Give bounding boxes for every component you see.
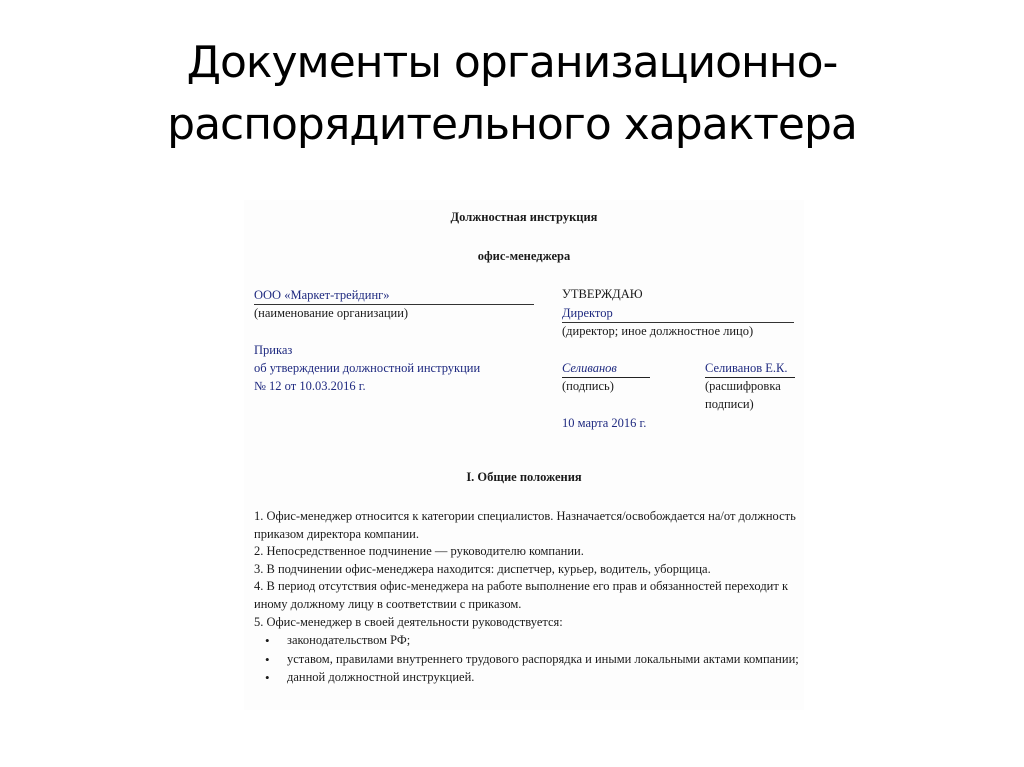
list-item: уставом, правилами внутреннего трудового… (254, 651, 799, 669)
list-item: данной должностной инструкцией. (254, 669, 799, 687)
slide-title: Документы организационно- распорядительн… (0, 32, 1024, 156)
signature-caption: (подпись) (562, 379, 614, 394)
section-title-text: I. Общие положения (466, 470, 581, 484)
signature: Селиванов (562, 360, 650, 378)
guidance-list: законодательством РФ; уставом, правилами… (254, 632, 799, 688)
organization-caption: (наименование организации) (254, 306, 408, 321)
list-item: законодательством РФ; (254, 632, 799, 650)
job-description-document: Должностная инструкция офис-менеджера ОО… (244, 200, 804, 710)
paragraph-2: 2. Непосредственное подчинение — руковод… (254, 543, 799, 561)
section-title: I. Общие положения (244, 470, 804, 485)
approval-date: 10 марта 2016 г. (562, 416, 646, 431)
signature-name: Селиванов Е.К. (705, 360, 795, 378)
organization-name: ООО «Маркет-трейдинг» (254, 287, 534, 305)
document-subheading: офис-менеджера (244, 249, 804, 264)
signature-name-caption-line-2: подписи) (705, 397, 754, 412)
paragraph-4: 4. В период отсутствия офис-менеджера на… (254, 578, 799, 613)
order-line-3: № 12 от 10.03.2016 г. (254, 379, 366, 394)
approver-position: Директор (562, 305, 794, 323)
order-line-2: об утверждении должностной инструкции (254, 361, 480, 376)
paragraph-5: 5. Офис-менеджер в своей деятельности ру… (254, 614, 799, 632)
document-heading: Должностная инструкция (244, 210, 804, 225)
order-line-1: Приказ (254, 343, 292, 358)
paragraph-3: 3. В подчинении офис-менеджера находится… (254, 561, 799, 579)
slide-title-line-1: Документы организационно- (0, 32, 1024, 94)
approver-position-caption: (директор; иное должностное лицо) (562, 324, 753, 339)
signature-name-caption-line-1: (расшифровка (705, 379, 781, 394)
approve-label: УТВЕРЖДАЮ (562, 287, 643, 302)
paragraph-1: 1. Офис-менеджер относится к категории с… (254, 508, 799, 543)
slide-title-line-2: распорядительного характера (0, 94, 1024, 156)
